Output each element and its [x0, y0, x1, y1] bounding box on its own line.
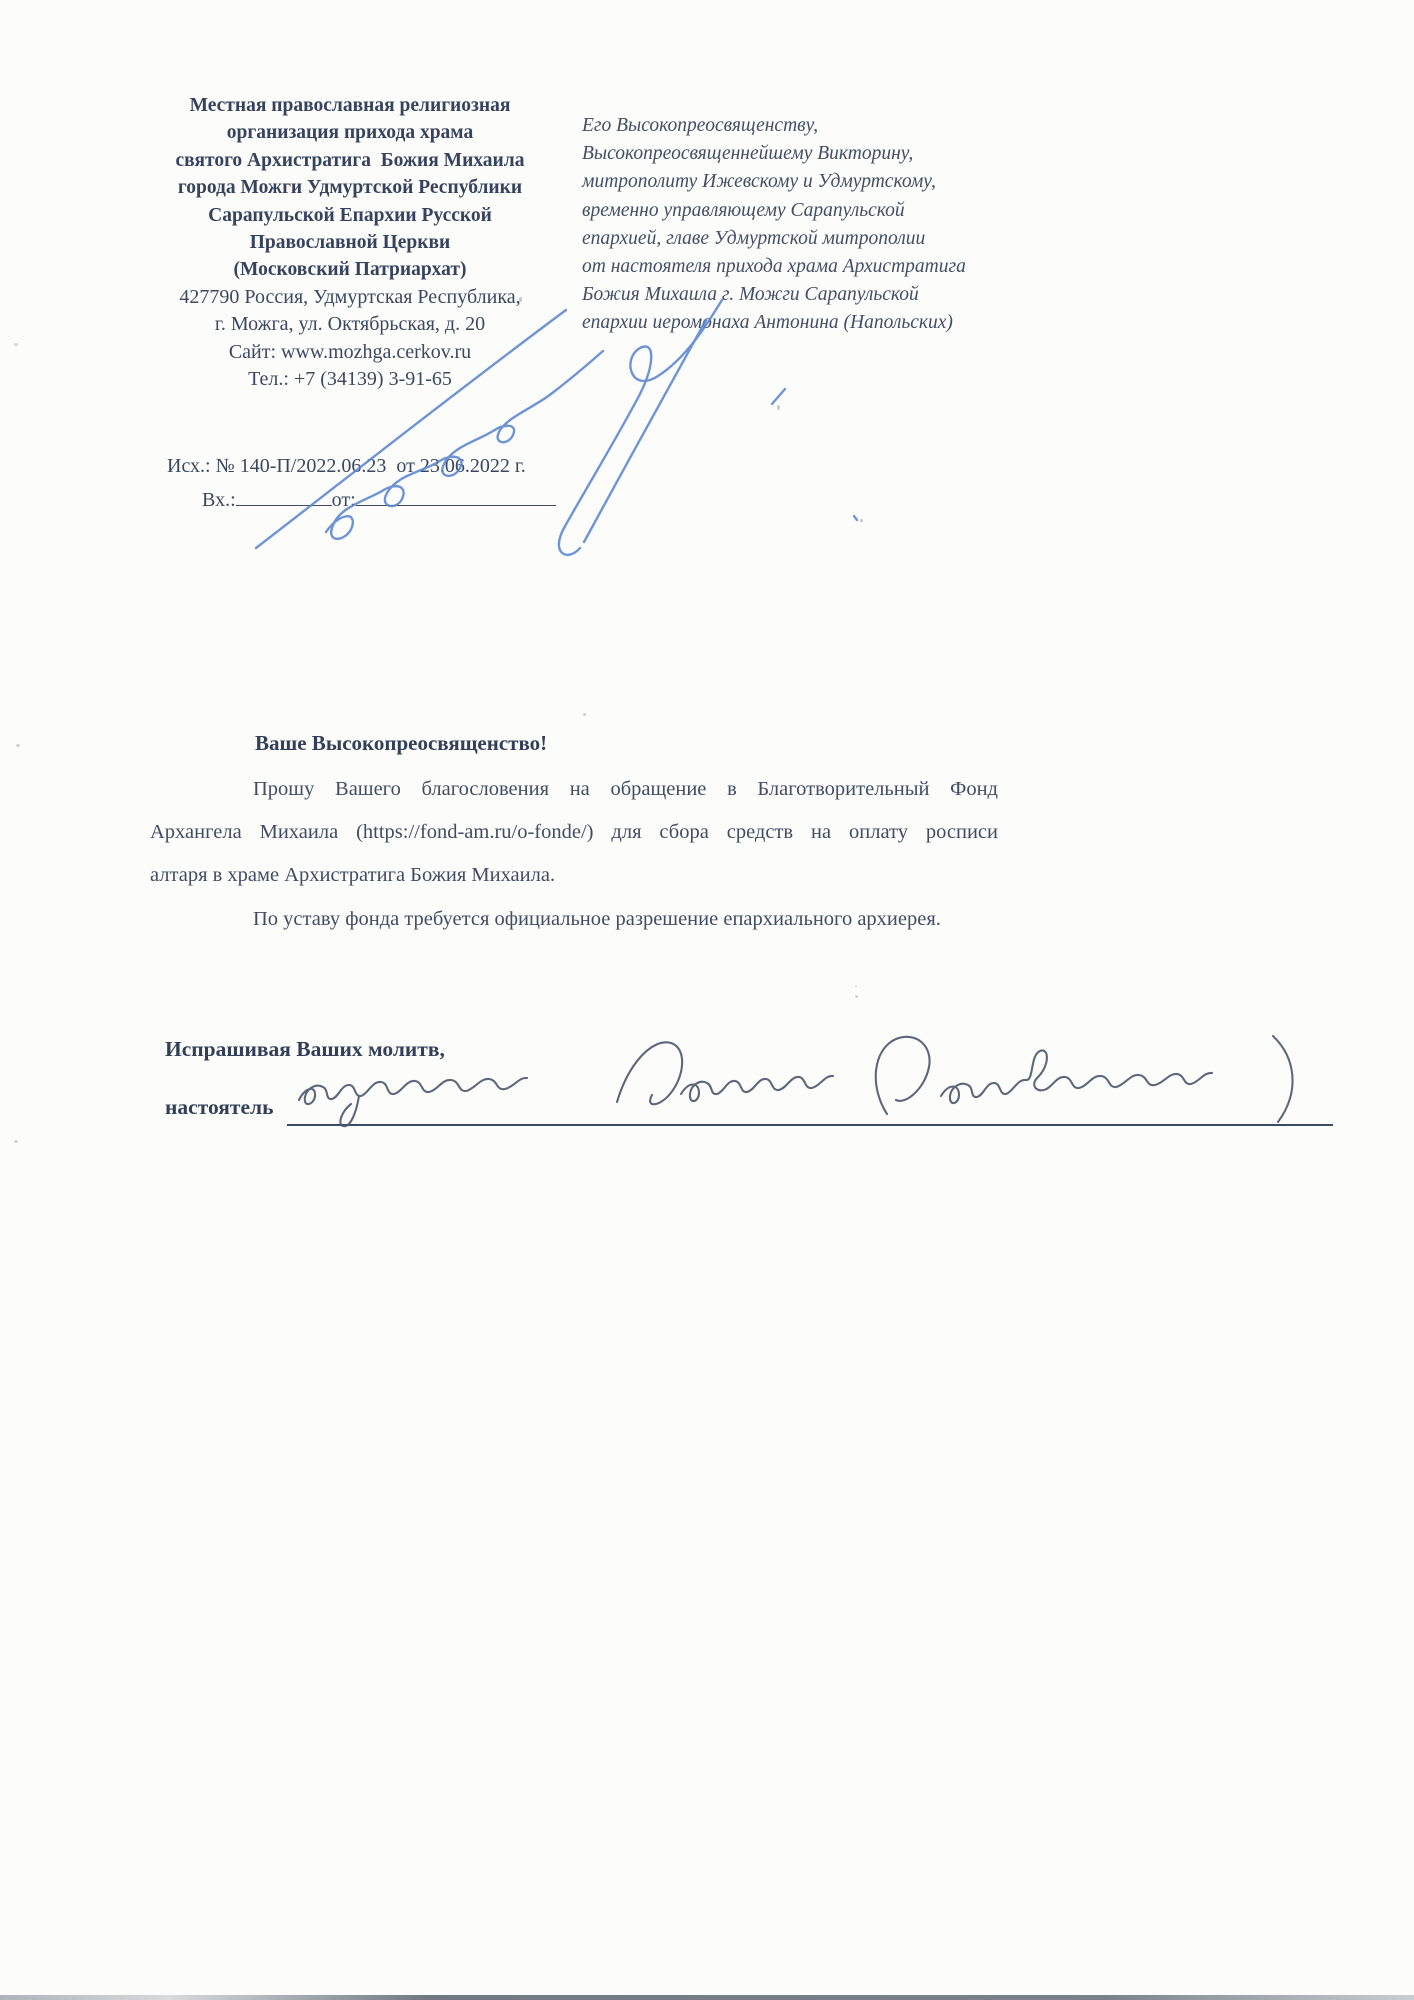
- addressee-line: епархии иеромонаха Антонина (Напольских): [582, 309, 1002, 337]
- scanned-letter-page: Местная православная религиозная организ…: [0, 0, 1414, 2000]
- letterhead-org-line: Местная православная религиозная: [135, 92, 565, 119]
- letterhead-org-line: Православной Церкви: [135, 229, 565, 256]
- addressee-line: от настоятеля прихода храма Архистратига: [582, 253, 1002, 281]
- body-paragraph-line: Архангела Михаила (https://fond-am.ru/o-…: [150, 811, 998, 854]
- body-text: Прошу Вашего благословения на обращение …: [150, 768, 998, 941]
- incoming-number-blank: [236, 487, 332, 506]
- body-paragraph-line: алтаря в храме Архистратига Божия Михаил…: [150, 854, 998, 897]
- scan-speck: [855, 985, 857, 987]
- body-paragraph-line: По уставу фонда требуется официальное ра…: [150, 898, 998, 941]
- reference-block: Исх.: № 140-П/2022.06.23 от 23.06.2022 г…: [167, 455, 556, 512]
- addressee-line: временно управляющему Сарапульской: [582, 197, 1002, 225]
- scan-bottom-edge: [0, 1995, 1414, 2000]
- letterhead-org-line: организация прихода храма: [135, 119, 565, 146]
- scan-speck: [519, 297, 522, 302]
- letterhead-org-line: (Московский Патриархат): [135, 256, 565, 283]
- addressee-line: Божия Михаила г. Можги Сарапульской: [582, 281, 1002, 309]
- letterhead-org-line: святого Архистратига Божия Михаила: [135, 147, 565, 174]
- incoming-date-label: от:: [332, 489, 356, 511]
- letterhead: Местная православная религиозная организ…: [135, 92, 565, 393]
- letterhead-org-line: города Можги Удмуртской Республики: [135, 174, 565, 201]
- scan-speck: [855, 995, 858, 998]
- scan-speck: [14, 343, 18, 346]
- letterhead-address-line: г. Можга, ул. Октябрьская, д. 20: [135, 311, 565, 338]
- scan-speck: [179, 1053, 182, 1056]
- closing-phrase: Испрашивая Ваших молитв,: [165, 1037, 445, 1062]
- addressee-line: Высокопреосвященнейшему Викторину,: [582, 140, 1002, 168]
- incoming-ref-line: Вх.:от:: [167, 487, 556, 512]
- incoming-label: Вх.:: [202, 489, 236, 511]
- letterhead-org-line: Сарапульской Епархии Русской: [135, 202, 565, 229]
- letterhead-website: Сайт: www.mozhga.cerkov.ru: [135, 339, 565, 366]
- letterhead-phone: Тел.: +7 (34139) 3-91-65: [135, 366, 565, 393]
- signature-underline: [287, 1124, 1333, 1126]
- scan-speck: [860, 519, 863, 522]
- signature-role-label: настоятель: [165, 1095, 273, 1120]
- scan-speck: [583, 713, 586, 716]
- incoming-date-blank: [356, 487, 556, 506]
- scan-speck: [14, 1140, 18, 1143]
- scan-speck: [16, 744, 20, 747]
- scan-speck: [777, 405, 780, 410]
- handwritten-signature: [285, 1034, 1365, 1134]
- addressee-line: епархией, главе Удмуртской митрополии: [582, 225, 1002, 253]
- letterhead-address-line: 427790 Россия, Удмуртская Республика,: [135, 284, 565, 311]
- outgoing-ref-line: Исх.: № 140-П/2022.06.23 от 23.06.2022 г…: [167, 455, 556, 478]
- body-paragraph-line: Прошу Вашего благословения на обращение …: [150, 768, 998, 811]
- addressee-line: митрополиту Ижевскому и Удмуртскому,: [582, 168, 1002, 196]
- addressee-line: Его Высокопреосвященству,: [582, 112, 1002, 140]
- salutation: Ваше Высокопреосвященство!: [255, 731, 547, 756]
- addressee-block: Его Высокопреосвященству, Высокопреосвящ…: [582, 112, 1002, 338]
